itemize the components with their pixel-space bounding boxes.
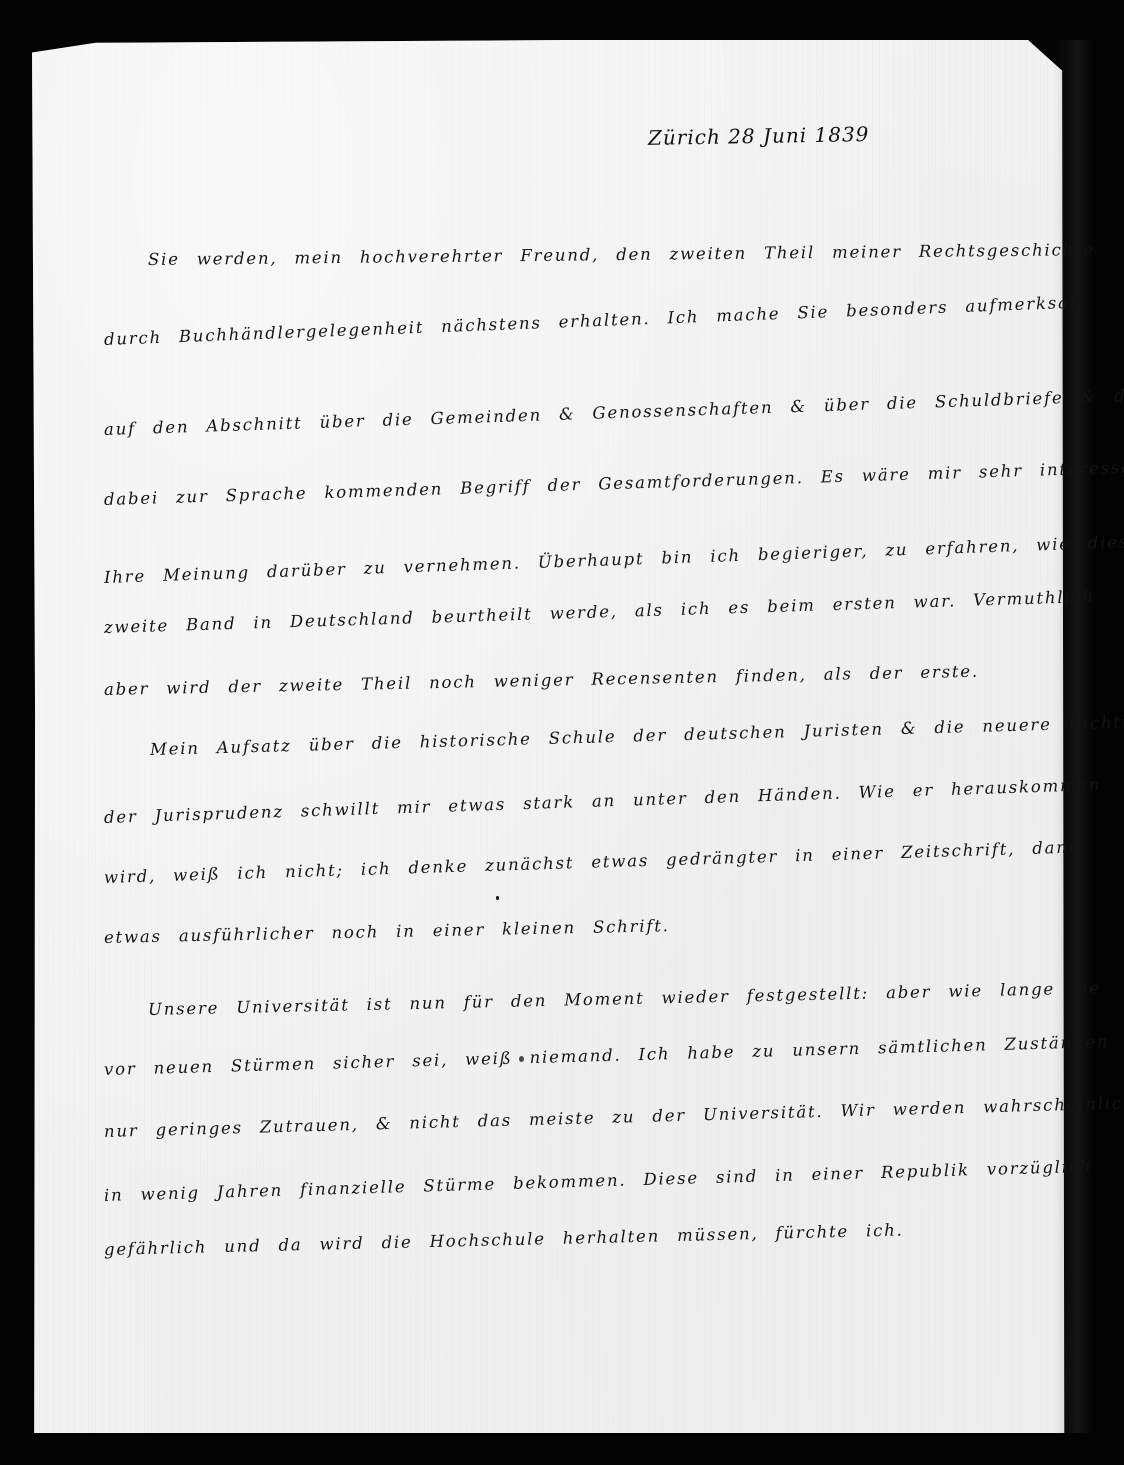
letter-dateline: Zürich 28 Juni 1839: [648, 122, 870, 150]
ink-spot: [496, 896, 499, 900]
ink-spot: [519, 1056, 524, 1062]
